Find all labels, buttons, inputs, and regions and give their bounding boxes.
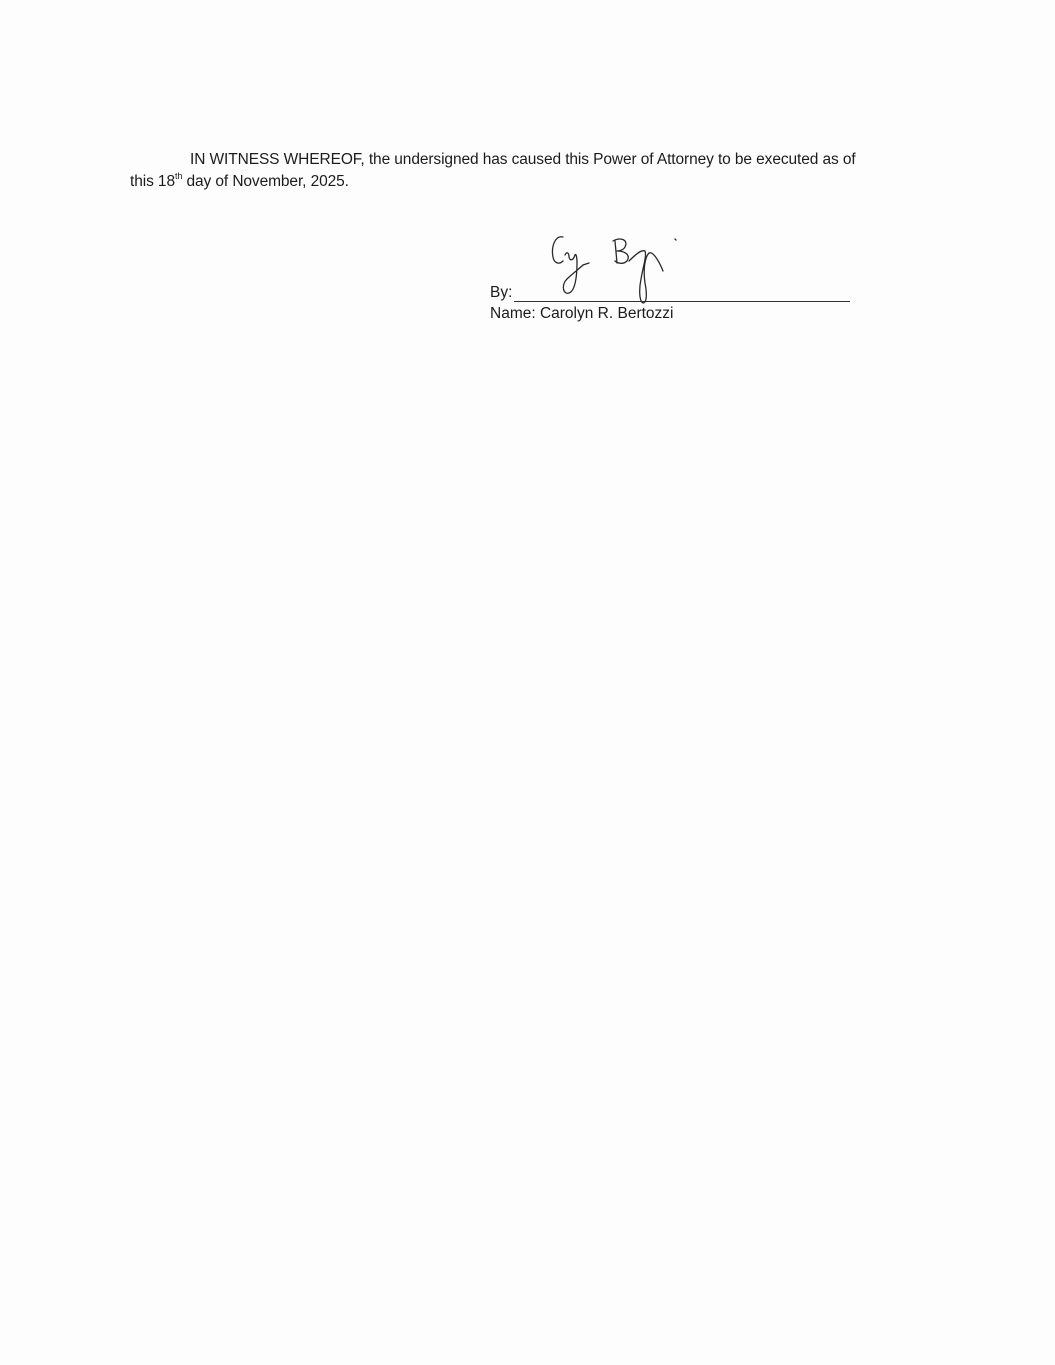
witness-line-1: IN WITNESS WHEREOF, the undersigned has … xyxy=(190,151,856,168)
signature-block: By: Name: Carolyn R. Bertozzi xyxy=(490,222,870,342)
witness-paragraph: IN WITNESS WHEREOF, the undersigned has … xyxy=(130,149,920,193)
witness-line-2-prefix: this 18 xyxy=(130,173,175,190)
signatory-name: Name: Carolyn R. Bertozzi xyxy=(490,305,673,323)
by-label: By: xyxy=(490,284,512,302)
handwritten-signature-icon xyxy=(545,227,705,307)
witness-line-2-suffix: day of November, 2025. xyxy=(182,173,349,190)
document-page: IN WITNESS WHEREOF, the undersigned has … xyxy=(0,0,1055,1365)
ordinal-suffix: th xyxy=(175,171,182,181)
